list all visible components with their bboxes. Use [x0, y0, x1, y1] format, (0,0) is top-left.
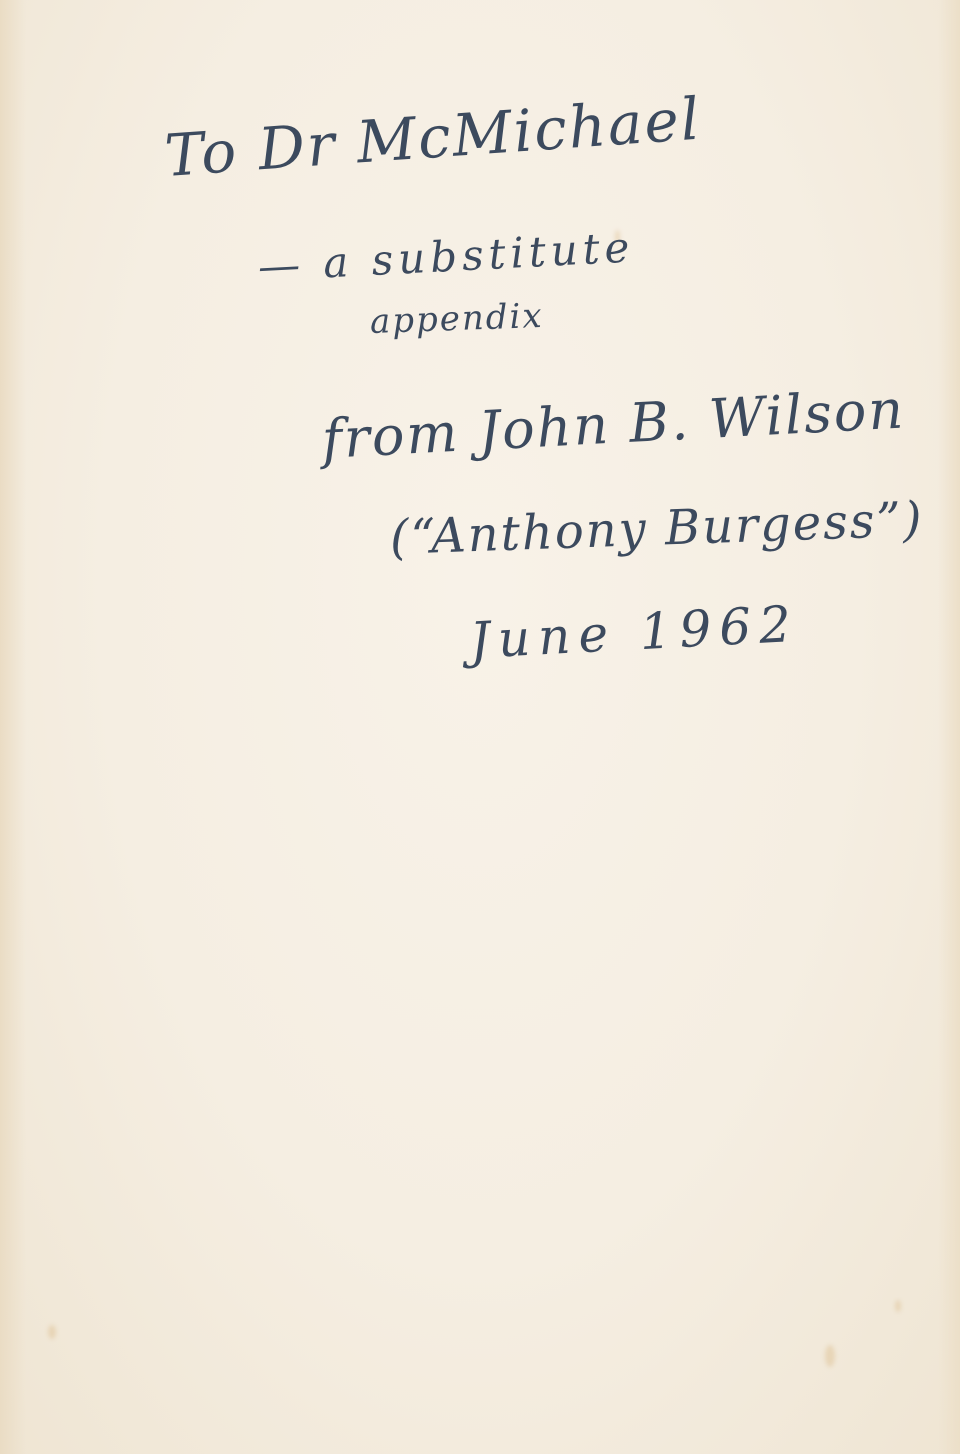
foxing-spot [895, 1300, 901, 1312]
inscription-note-cont: appendix [369, 296, 544, 342]
inscription-recipient: To Dr McMichael [163, 85, 704, 190]
foxing-spot [48, 1325, 56, 1339]
inscription-pen-name: (“Anthony Burgess”) [389, 491, 924, 566]
inscription-note: — a substitute [257, 222, 636, 291]
book-page: To Dr McMichael — a substitute appendix … [0, 0, 960, 1454]
inscription-date: June 1962 [468, 595, 800, 670]
inscription-signature: from John B. Wilson [320, 377, 906, 470]
foxing-spot [825, 1345, 835, 1367]
